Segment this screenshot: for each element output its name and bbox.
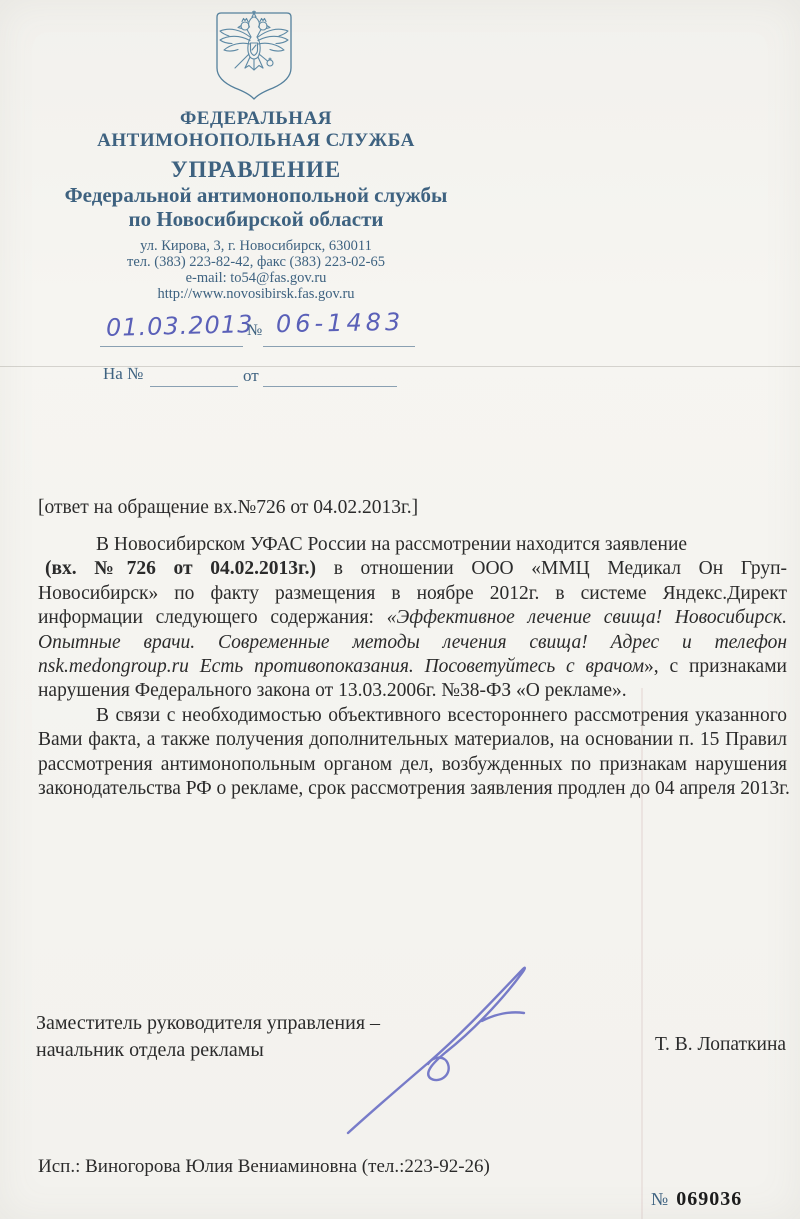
- body-line: В связи с необходимостью объективного вс…: [38, 704, 787, 728]
- number-underline: [263, 346, 415, 347]
- letter-body: В Новосибирском УФАС России на рассмотре…: [38, 533, 787, 801]
- body-text: информации следующего содержания:: [38, 607, 387, 628]
- org-name-line1: ФЕДЕРАЛЬНАЯ: [0, 108, 512, 130]
- quoted-ad-line: Опытные врачи. Современные методы лечени…: [38, 631, 787, 655]
- org-name-line2: АНТИМОНОПОЛЬНАЯ СЛУЖБА: [0, 130, 512, 152]
- reply-number-underline: [150, 386, 238, 387]
- number-sign: №: [247, 322, 262, 340]
- reply-date-underline: [263, 386, 397, 387]
- phone-fax: тел. (383) 223-82-42, факс (383) 223-02-…: [0, 254, 512, 270]
- handwritten-letter-date: 01.03.2013: [106, 310, 254, 342]
- position-line1: Заместитель руководителя управления –: [36, 1010, 380, 1037]
- document-stamp-number: №069036: [651, 1188, 742, 1211]
- email: e-mail: to54@fas.gov.ru: [0, 270, 512, 286]
- number-sign: №: [651, 1189, 668, 1209]
- reply-number-label: На №: [103, 364, 143, 384]
- body-line: нарушения Федерального закона от 13.03.2…: [38, 679, 787, 703]
- body-text: в отношении ООО «ММЦ Медикал Он Груп-: [316, 558, 787, 579]
- body-line: Вами факта, а также получения дополнител…: [38, 728, 787, 752]
- letterhead: ФЕДЕРАЛЬНАЯ АНТИМОНОПОЛЬНАЯ СЛУЖБА УПРАВ…: [0, 108, 512, 302]
- body-text: », с признаками: [644, 656, 787, 677]
- russian-coat-of-arms-icon: [214, 10, 294, 100]
- handwritten-signature: [330, 955, 540, 1145]
- scanned-letter-page: ФЕДЕРАЛЬНАЯ АНТИМОНОПОЛЬНАЯ СЛУЖБА УПРАВ…: [0, 0, 800, 1219]
- department-line3: по Новосибирской области: [0, 207, 512, 231]
- department-line1: УПРАВЛЕНИЕ: [0, 157, 512, 183]
- bold-ref-text: (вх. №726 от 04.02.2013г.): [45, 558, 316, 579]
- subject-reference-line: [ответ на обращение вх.№726 от 04.02.201…: [38, 497, 418, 519]
- body-line: В Новосибирском УФАС России на рассмотре…: [38, 533, 787, 557]
- contact-block: ул. Кирова, 3, г. Новосибирск, 630011 те…: [0, 238, 512, 302]
- date-underline: [100, 346, 243, 347]
- quoted-ad-text: nsk.medongroup.ru Есть противопоказания.…: [38, 656, 644, 677]
- postal-address: ул. Кирова, 3, г. Новосибирск, 630011: [0, 238, 512, 254]
- website: http://www.novosibirsk.fas.gov.ru: [0, 286, 512, 302]
- reply-from-label: от: [243, 366, 259, 386]
- signatory-name: Т. В. Лопаткина: [655, 1034, 786, 1056]
- handwritten-outgoing-number: 06-1483: [276, 308, 405, 338]
- reply-reference-row: На № от: [0, 364, 800, 390]
- quoted-ad-text: «Эффективное лечение свища! Новосибирск.: [387, 607, 787, 628]
- body-line: nsk.medongroup.ru Есть противопоказания.…: [38, 655, 787, 679]
- department-line2: Федеральной антимонопольной службы: [0, 183, 512, 207]
- body-line: законодательства РФ о рекламе, срок расс…: [38, 777, 787, 801]
- scan-artifact-vertical-line: [641, 688, 643, 1219]
- stamp-digits: 069036: [676, 1188, 742, 1210]
- signatory-position: Заместитель руководителя управления – на…: [36, 1010, 380, 1064]
- body-line: информации следующего содержания: «Эффек…: [38, 606, 787, 630]
- position-line2: начальник отдела рекламы: [36, 1037, 380, 1064]
- body-line: (вх. №726 от 04.02.2013г.) в отношении О…: [38, 557, 787, 581]
- executor-line: Исп.: Виногорова Юлия Вениаминовна (тел.…: [38, 1156, 490, 1178]
- body-line: Новосибирск» по факту размещения в ноябр…: [38, 582, 787, 606]
- body-line: рассмотрения антимонопольным органом дел…: [38, 753, 787, 777]
